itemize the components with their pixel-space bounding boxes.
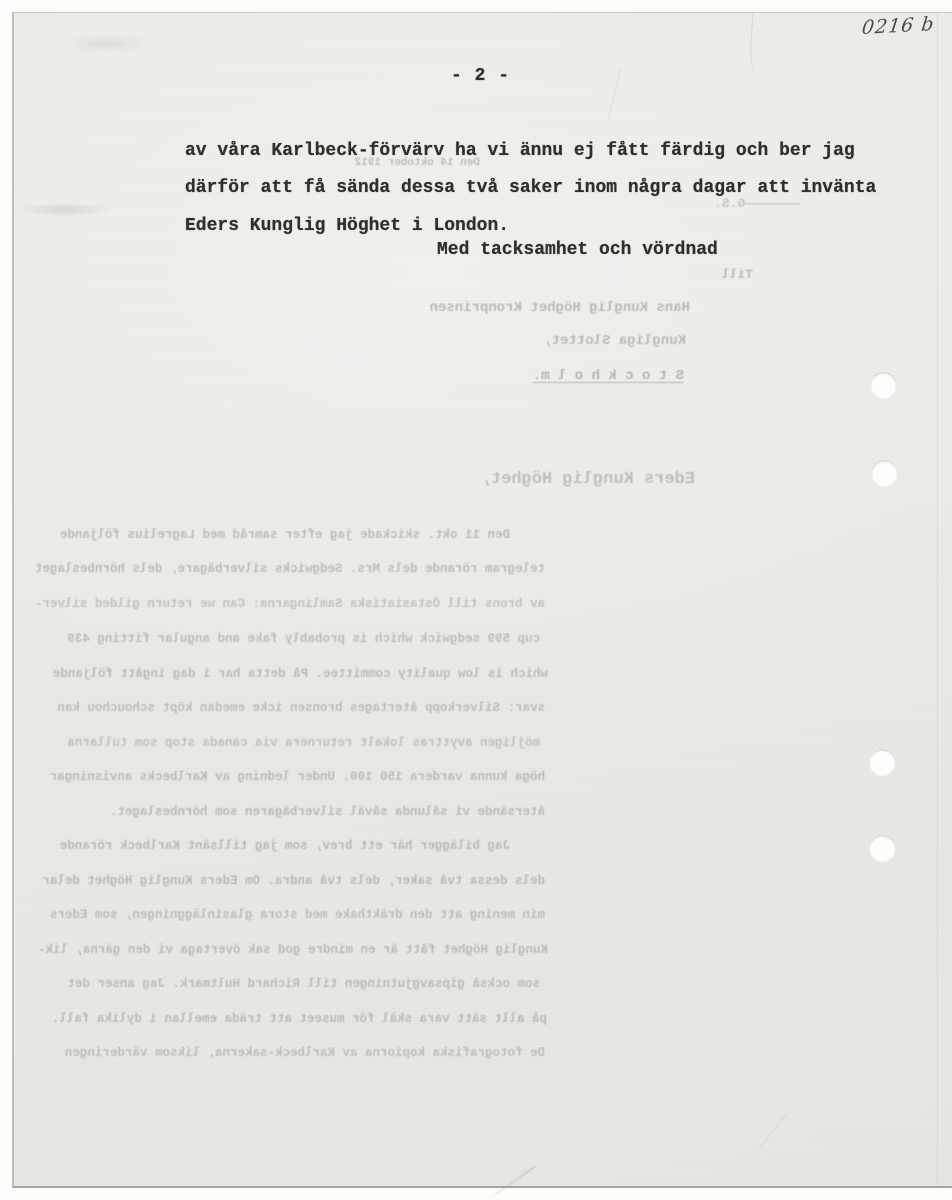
bleedthrough-line: möjligen avyttras lokalt returnera via c… [67,737,540,750]
body-line: därför att få sända dessa två saker inom… [185,170,876,207]
bleedthrough-line: Kunglig Höghet fått är en mindre god sak… [38,944,548,957]
handwritten-annotation: 0216 b [861,12,936,40]
hole-punch [869,835,896,862]
bleedthrough-line: svar: Silverkopp återtages bronsen icke … [57,702,545,715]
body-line: av våra Karlbeck-förvärv ha vi ännu ej f… [185,133,876,170]
page-number: - 2 - [451,64,510,88]
smudge-mark [62,35,152,52]
bleedthrough-line: telegram rörande dels Mrs. Sedgwicks sil… [35,563,545,576]
bleedthrough-line: dels dessa två saker, dels två andra. Om… [42,875,545,888]
bleedthrough-line: återsände vi sålunda såväl silverbägaren… [110,806,545,819]
crease-mark [490,1166,535,1199]
hole-punch [870,372,897,399]
bleedthrough-line: som också gipsavgjutningen till Richard … [67,978,540,991]
letter-body: av våra Karlbeck-förvärv ha vi ännu ej f… [185,133,876,245]
bleedthrough-line: Hans Kunglig Höghet Kronprinsen [430,301,690,315]
paper-edge-line [937,13,938,1186]
bleedthrough-line: på allt sätt vara skäl för museet att tr… [52,1013,547,1026]
hole-punch [869,749,896,776]
bleedthrough-line: Jag bilägger här ett brev, som jag tills… [60,840,510,853]
bleedthrough-line: De fotografiska kopiorna av Karlbeck-sak… [65,1047,545,1060]
bleedthrough-line: cup 599 sedgwick which is probably fake … [67,633,540,646]
closing-line: Med tacksamhet och vördnad [437,238,718,262]
bleedthrough-line: Kungliga Slottet, [543,334,686,348]
bleedthrough-line: Till [722,268,753,281]
bleedthrough-line: Den 11 okt. skickade jag efter samråd me… [60,529,510,542]
crease-mark [608,69,622,120]
smudge-mark [18,203,110,216]
crease-mark [747,13,765,76]
bleedthrough-line: Eders Kunglig Höghet, [481,471,695,488]
hole-punch [871,460,898,487]
bleedthrough-line: höga kunna vardera 150 100. Under lednin… [50,771,545,784]
bleedthrough-line: S t o c k h o l m. [533,369,684,383]
bleedthrough-line: which is low quality committee. På detta… [53,668,548,681]
scanned-letter-page: { "annotation": "0216 b", "page_number":… [0,0,952,1200]
bleedthrough-line: av brons till Östasiatiska Samlingarna: … [35,598,545,611]
crease-mark [758,1114,787,1151]
bleedthrough-line: min mening att den dräkthake med stora g… [50,909,545,922]
